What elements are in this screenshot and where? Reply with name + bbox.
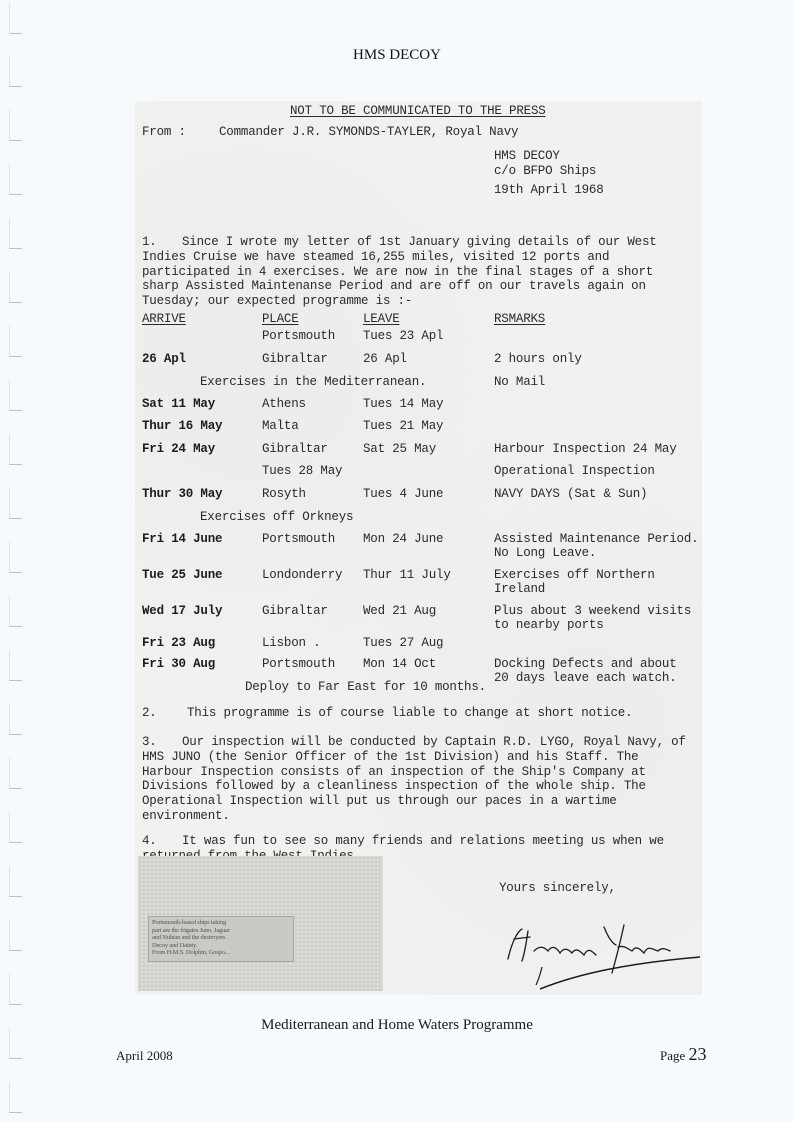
cell-remarks: Operational Inspection (494, 464, 655, 478)
cell-remarks: Harbour Inspection 24 May (494, 442, 677, 456)
cell-place: Londonderry (262, 568, 342, 582)
column-header-arrive: ARRIVE (142, 312, 186, 326)
binding-mark (9, 3, 22, 34)
cell-arrive: 26 Apl (142, 352, 186, 366)
cell-place: Gibraltar (262, 442, 328, 456)
binding-mark (9, 866, 22, 897)
row-note: Exercises in the Mediterranean. (200, 375, 426, 389)
para-number: 2. (142, 706, 157, 720)
binding-mark (9, 218, 22, 249)
cell-arrive: Tue 25 June (142, 568, 222, 582)
binding-mark (9, 488, 22, 519)
paragraph-3: Our inspection will be conducted by Capt… (142, 735, 702, 824)
cell-place: Gibraltar (262, 352, 328, 366)
cell-place: Portsmouth (262, 329, 335, 343)
binding-mark (9, 758, 22, 789)
cell-arrive: Thur 16 May (142, 419, 222, 433)
binding-mark (9, 920, 22, 951)
cell-leave: Thur 11 July (363, 568, 451, 582)
column-header-place: PLACE (262, 312, 299, 326)
cell-arrive: Fri 30 Aug (142, 657, 215, 671)
binding-mark (9, 1082, 22, 1113)
cell-leave: Tues 14 May (363, 397, 443, 411)
cell-remarks: Assisted Maintenance Period. No Long Lea… (494, 532, 698, 560)
row-note: Exercises off Orkneys (200, 510, 353, 524)
cell-leave: Mon 24 June (363, 532, 443, 546)
paragraph-1: Since I wrote my letter of 1st January g… (142, 235, 702, 309)
address-line: c/o BFPO Ships (494, 164, 596, 178)
scanned-letter: NOT TO BE COMMUNICATED TO THE PRESS From… (135, 101, 702, 995)
cell-place: Rosyth (262, 487, 306, 501)
cell-arrive: Sat 11 May (142, 397, 215, 411)
page-header: HMS DECOY (0, 47, 794, 64)
cell-remarks: Docking Defects and about 20 days leave … (494, 657, 677, 685)
closing-salutation: Yours sincerely, (499, 881, 616, 895)
classification-heading: NOT TO BE COMMUNICATED TO THE PRESS (290, 104, 546, 118)
paragraph-2: This programme is of course liable to ch… (187, 706, 632, 720)
cell-place: Athens (262, 397, 306, 411)
binding-mark (9, 380, 22, 411)
cell-place: Portsmouth (262, 532, 335, 546)
cell-arrive: Wed 17 July (142, 604, 222, 618)
cell-leave: Tues 27 Aug (363, 636, 443, 650)
binding-mark (9, 434, 22, 465)
cell-remarks: 2 hours only (494, 352, 582, 366)
from-value: Commander J.R. SYMONDS-TAYLER, Royal Nav… (219, 125, 518, 139)
binding-mark (9, 974, 22, 1005)
binding-mark (9, 650, 22, 681)
cell-leave: Tues 23 Apl (363, 329, 443, 343)
address-line: HMS DECOY (494, 149, 560, 163)
binding-mark (9, 596, 22, 627)
signature (500, 901, 700, 991)
cell-leave: Wed 21 Aug (363, 604, 436, 618)
binding-mark (9, 110, 22, 141)
cell-place: Gibraltar (262, 604, 328, 618)
cell-arrive: Fri 14 June (142, 532, 222, 546)
cell-leave: 26 Apl (363, 352, 407, 366)
footer-title: Mediterranean and Home Waters Programme (0, 1017, 794, 1034)
page-label: Page (660, 1048, 685, 1063)
clipping-text: Portsmouth-based ships taking part are t… (148, 916, 294, 962)
from-label: From : (142, 125, 186, 139)
cell-leave: Sat 25 May (363, 442, 436, 456)
binding-mark (9, 164, 22, 195)
cell-leave: Mon 14 Oct (363, 657, 436, 671)
page-number: Page 23 (660, 1044, 707, 1065)
cell-place: Malta (262, 419, 299, 433)
cell-leave: Tues 21 May (363, 419, 443, 433)
cell-place: Tues 28 May (262, 464, 342, 478)
letter-date: 19th April 1968 (494, 183, 604, 197)
column-header-remarks: RSMARKS (494, 312, 545, 326)
binding-mark (9, 272, 22, 303)
binding-mark (9, 542, 22, 573)
binding-mark (9, 704, 22, 735)
binding-mark (9, 326, 22, 357)
cell-arrive: Fri 23 Aug (142, 636, 215, 650)
cell-remarks: Plus about 3 weekend visits to nearby po… (494, 604, 691, 632)
column-header-leave: LEAVE (363, 312, 400, 326)
binding-mark (9, 812, 22, 843)
cell-remarks: Exercises off Northern Ireland (494, 568, 655, 596)
footer-date: April 2008 (116, 1048, 173, 1064)
cell-place: Portsmouth (262, 657, 335, 671)
closing-note: Deploy to Far East for 10 months. (245, 680, 486, 694)
cell-remarks: No Mail (494, 375, 545, 389)
cell-arrive: Thur 30 May (142, 487, 222, 501)
cell-place: Lisbon . (262, 636, 320, 650)
newspaper-clipping: Portsmouth-based ships taking part are t… (138, 856, 383, 991)
cell-arrive: Fri 24 May (142, 442, 215, 456)
cell-leave: Tues 4 June (363, 487, 443, 501)
page-number-value: 23 (689, 1044, 707, 1064)
cell-remarks: NAVY DAYS (Sat & Sun) (494, 487, 647, 501)
